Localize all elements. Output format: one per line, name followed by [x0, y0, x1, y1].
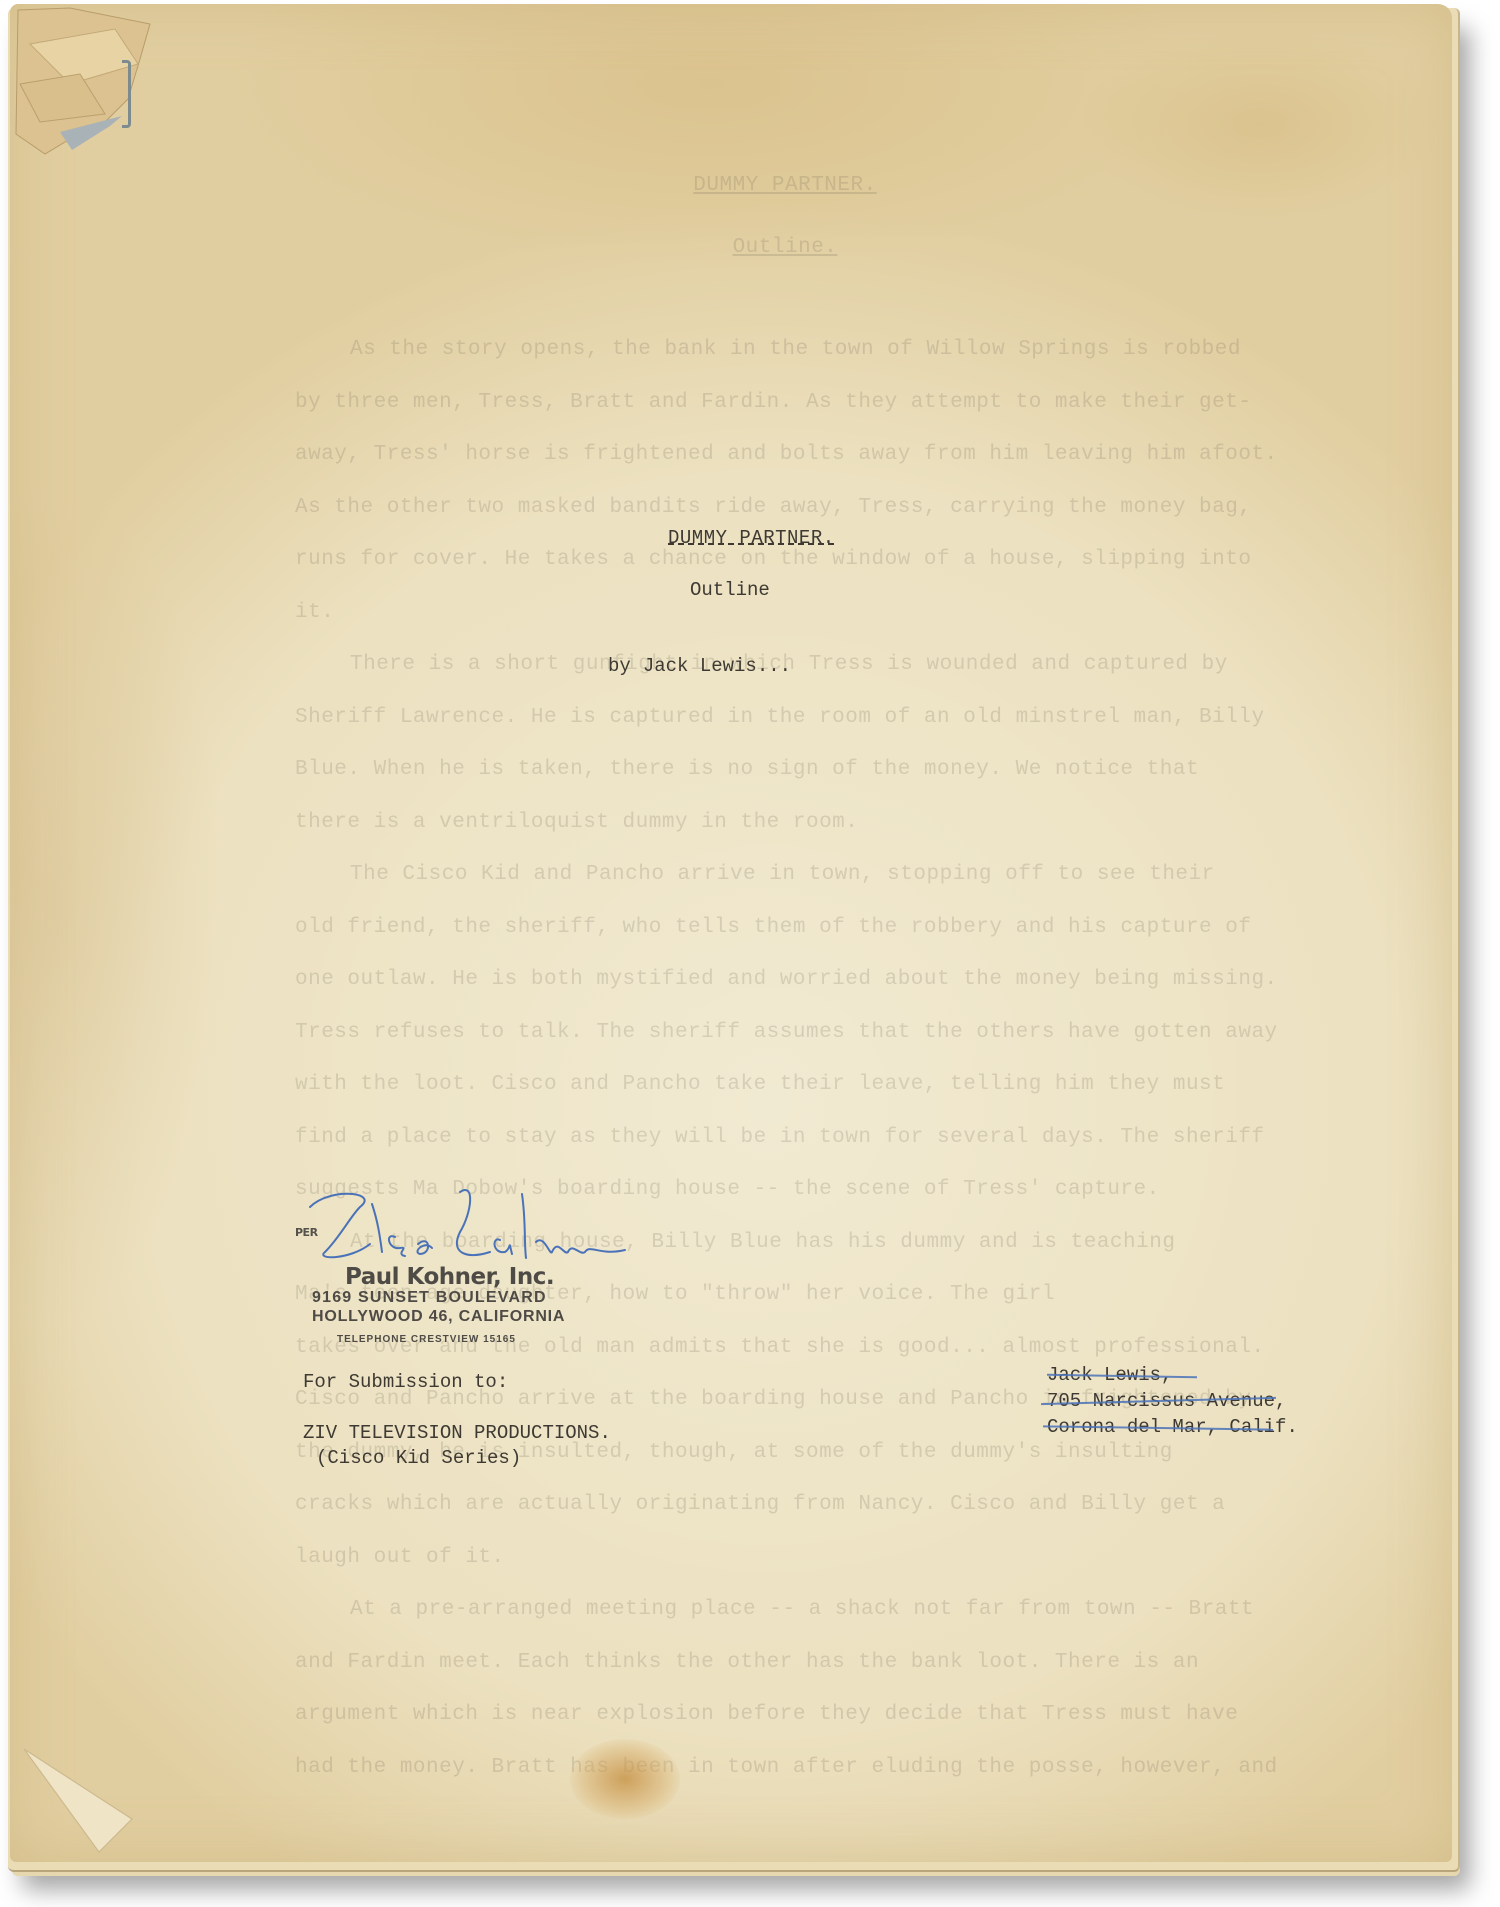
author-address: Jack Lewis, 705 Narcissus Avenue, Corona… — [1047, 1362, 1298, 1440]
agency-telephone: TELEPHONE CRESTVIEW 15165 — [337, 1334, 516, 1345]
byline: byJack Lewis... — [608, 655, 791, 677]
bleed-line: find a place to stay as they will be in … — [295, 1112, 1355, 1165]
bleed-line: Sheriff Lawrence. He is captured in the … — [295, 692, 1355, 745]
byline-prefix: by — [608, 655, 631, 677]
bleed-line: laugh out of it. — [295, 1532, 1355, 1585]
manuscript-page: DUMMY PARTNER. Outline. As the story ope… — [10, 4, 1452, 1862]
bleed-title: DUMMY PARTNER. — [215, 174, 1355, 236]
bleed-line: There is a short gunfight in which Tress… — [295, 639, 1355, 692]
staple-icon — [122, 60, 131, 128]
torn-corner-icon — [10, 4, 160, 164]
bleed-line: it. — [295, 587, 1355, 640]
author-street-line: 705 Narcissus Avenue, — [1047, 1388, 1298, 1414]
agency-address-line2: HOLLYWOOD 46, CALIFORNIA — [312, 1308, 565, 1326]
bleed-line: Tress refuses to talk. The sheriff assum… — [295, 1007, 1355, 1060]
bleed-line: by three men, Tress, Bratt and Fardin. A… — [295, 377, 1355, 430]
bleed-line: away, Tress' horse is frightened and bol… — [295, 429, 1355, 482]
bleed-line: with the loot. Cisco and Pancho take the… — [295, 1059, 1355, 1112]
signature-icon — [300, 1182, 640, 1272]
author-city-line: Corona del Mar, Calif. — [1047, 1414, 1298, 1440]
bleed-line: The Cisco Kid and Pancho arrive in town,… — [295, 849, 1355, 902]
bleed-line: As the story opens, the bank in the town… — [295, 324, 1355, 377]
bleed-through-text: DUMMY PARTNER. Outline. As the story ope… — [295, 174, 1355, 1794]
bleed-line: one outlaw. He is both mystified and wor… — [295, 954, 1355, 1007]
bleed-line: there is a ventriloquist dummy in the ro… — [295, 797, 1355, 850]
bleed-line: cracks which are actually originating fr… — [295, 1479, 1355, 1532]
bleed-line: Blue. When he is taken, there is no sign… — [295, 744, 1355, 797]
author-name-line: Jack Lewis, — [1047, 1362, 1298, 1388]
document-subtitle: Outline — [690, 579, 770, 601]
water-stain — [570, 1739, 680, 1819]
bleed-subtitle: Outline. — [215, 236, 1355, 324]
bleed-line: At a pre-arranged meeting place -- a sha… — [295, 1584, 1355, 1637]
document-title: DUMMY PARTNER. — [668, 527, 835, 549]
byline-author: Jack Lewis... — [643, 655, 791, 677]
bleed-line: old friend, the sheriff, who tells them … — [295, 902, 1355, 955]
submission-series: (Cisco Kid Series) — [316, 1447, 521, 1469]
submission-label: For Submission to: — [303, 1371, 508, 1393]
agency-address-line1: 9169 SUNSET BOULEVARD — [312, 1289, 547, 1307]
document-title-text: DUMMY PARTNER. — [668, 527, 835, 549]
bleed-line: and Fardin meet. Each thinks the other h… — [295, 1637, 1355, 1690]
bleed-line: argument which is near explosion before … — [295, 1689, 1355, 1742]
bleed-line: had the money. Bratt has been in town af… — [295, 1742, 1355, 1795]
folded-corner-icon — [14, 1724, 134, 1854]
submission-company: ZIV TELEVISION PRODUCTIONS. — [303, 1422, 611, 1444]
